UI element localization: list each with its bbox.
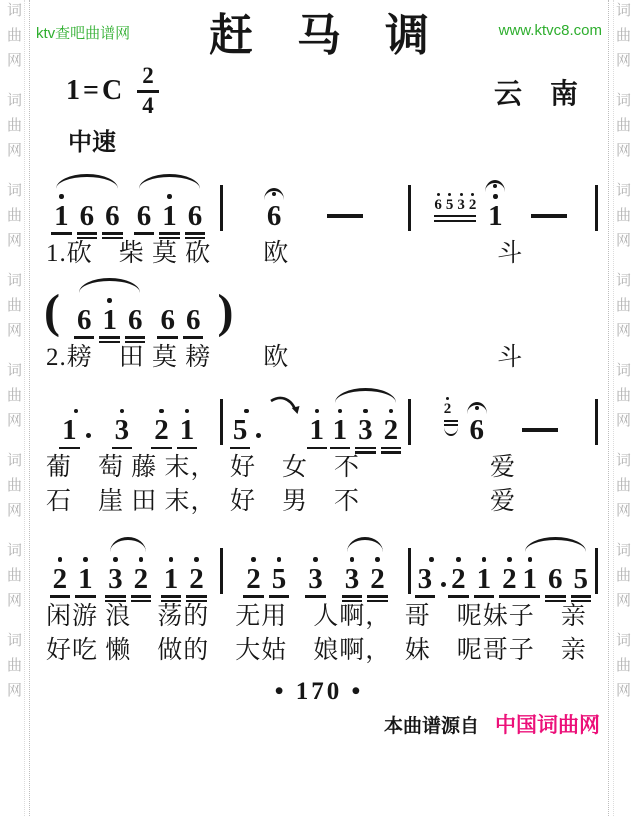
note-digit: 5: [271, 565, 288, 594]
note-digit: 6: [266, 202, 283, 231]
grace-notes: 2: [444, 397, 458, 436]
watermark-char: 网: [616, 593, 631, 608]
watermark-char: 曲: [616, 658, 631, 673]
watermark-group: 词曲网: [616, 3, 631, 68]
watermark-char: 网: [616, 53, 631, 68]
watermark-char: 网: [7, 593, 22, 608]
watermark-group: 词曲网: [7, 453, 22, 518]
note-digit: 3: [107, 565, 124, 594]
grace-row: 2: [444, 397, 458, 417]
beam-line: [434, 220, 476, 222]
note-1: 1: [163, 536, 180, 594]
grace-digit: 2: [444, 402, 452, 417]
note-digit: 3: [307, 565, 324, 594]
note-digit: 2: [52, 565, 69, 594]
note-digit: 2: [383, 416, 400, 445]
grace-note-5: 5: [446, 193, 454, 213]
watermark-char: 曲: [616, 118, 631, 133]
grace-digit: 3: [457, 198, 465, 213]
octave-dot: [528, 557, 533, 562]
note-1: 1: [332, 387, 349, 445]
note-digit: 1: [487, 202, 504, 231]
note-body: 2: [383, 416, 400, 445]
watermark-char: 网: [616, 233, 631, 248]
note-1: 1: [522, 536, 539, 594]
note-digit: 6: [79, 202, 96, 231]
note-digit: 2: [450, 565, 467, 594]
meter-numerator: 2: [137, 64, 159, 92]
note-2: 2: [52, 536, 69, 594]
note-body: 6: [266, 202, 283, 231]
watermark-char: 词: [7, 363, 22, 378]
watermark-char: 曲: [7, 568, 22, 583]
note-body: 6: [159, 306, 176, 335]
barline: [595, 399, 598, 445]
watermark-char: 词: [616, 453, 631, 468]
note-digit: 1: [77, 565, 94, 594]
note-body: 2: [188, 565, 205, 594]
grace-row: 6532: [434, 193, 476, 213]
note-digit: 5: [573, 565, 590, 594]
grace-digit: 2: [469, 198, 477, 213]
watermark-char: 词: [7, 453, 22, 468]
watermark-char: 词: [616, 633, 631, 648]
note-digit: 1: [53, 202, 70, 231]
lyric-verse1-line3: 闲游 浪 荡的 无用 人啊， 哥 呢妹子 亲: [36, 601, 602, 632]
note-body: 3: [357, 416, 374, 445]
octave-dot: [375, 557, 380, 562]
note-body: 3: [417, 565, 447, 594]
octave-dot: [120, 409, 125, 414]
note-2: 2: [153, 387, 170, 445]
page-content: ktv查吧曲谱网 赶 马 调 www.ktvc8.com 1=C 2 4 云 南…: [30, 0, 608, 816]
note-digit: 1: [179, 416, 196, 445]
beam-line: [434, 215, 476, 217]
barline: [595, 185, 598, 231]
glissando-arrow-icon: [268, 394, 302, 425]
note-digit: 6: [469, 416, 486, 445]
note-6: 6: [127, 277, 144, 335]
site-link-right[interactable]: www.ktvc8.com: [452, 22, 602, 39]
note-digit: 1: [61, 416, 78, 445]
note-digit: 2: [369, 565, 386, 594]
note-digit: 6: [127, 306, 144, 335]
lyric-verse1-line2: 葡 萄 藤 末， 好 女 不 爱: [36, 452, 602, 483]
watermark-char: 网: [7, 413, 22, 428]
note-body: 6: [127, 306, 144, 335]
duration-dash: [531, 214, 567, 218]
octave-dot: [350, 557, 355, 562]
note-body: 1: [77, 565, 94, 594]
note-body: 1: [61, 416, 91, 445]
octave-dot: [139, 557, 144, 562]
note-6: 6: [187, 173, 204, 231]
music-line-1: 166616665321: [36, 173, 602, 231]
note-1: 1: [61, 387, 91, 445]
watermark-char: 曲: [7, 208, 22, 223]
note-2: 2: [450, 536, 467, 594]
note-group: 616: [136, 173, 204, 231]
note-6: 6: [79, 173, 96, 231]
note-6: 6: [136, 173, 153, 231]
octave-dot: [448, 193, 451, 196]
note-body: 6: [136, 202, 153, 231]
grace-digit: 5: [446, 198, 454, 213]
watermark-char: 词: [7, 183, 22, 198]
watermark-group: 词曲网: [7, 363, 22, 428]
watermark-char: 曲: [7, 478, 22, 493]
note-6: 6: [159, 277, 176, 335]
octave-dot: [471, 193, 474, 196]
note-digit: 5: [232, 416, 249, 445]
note-group: 212: [450, 536, 518, 594]
watermark-char: 词: [616, 363, 631, 378]
watermark-char: 网: [616, 413, 631, 428]
octave-dot: [83, 557, 88, 562]
tonic-label: 1=C: [66, 75, 125, 107]
note-3: 3: [344, 536, 361, 594]
site-link-left[interactable]: ktv查吧曲谱网: [36, 22, 186, 43]
note-body: 2: [153, 416, 170, 445]
watermark-group: 词曲网: [7, 543, 22, 608]
note-digit: 2: [133, 565, 150, 594]
note-body: 1: [522, 565, 539, 594]
note-3: 3: [107, 536, 124, 594]
note-digit: 3: [114, 416, 131, 445]
note-group: 25: [245, 536, 287, 594]
watermark-border-left: 词曲网词曲网词曲网词曲网词曲网词曲网词曲网词曲网: [0, 0, 30, 816]
note-digit: 1: [161, 202, 178, 231]
barline: [220, 548, 223, 594]
beam-line: [444, 420, 458, 422]
note-body: 2: [52, 565, 69, 594]
note-body: 1: [476, 565, 493, 594]
note-body: 1: [163, 565, 180, 594]
note-digit: 1: [163, 565, 180, 594]
note-2: 2: [245, 536, 262, 594]
note-digit: 6: [159, 306, 176, 335]
measure: 166616: [38, 173, 218, 231]
note-2: 2: [369, 536, 386, 594]
note-group: 12: [163, 536, 205, 594]
watermark-group: 词曲网: [7, 183, 22, 248]
note-1: 1: [485, 173, 505, 231]
music-line-2: 13215113226: [36, 387, 602, 445]
note-group: 66: [159, 277, 201, 335]
note-body: 6: [187, 202, 204, 231]
watermark-group: 词曲网: [7, 273, 22, 338]
watermark-group: 词曲网: [616, 273, 631, 338]
watermark-char: 曲: [616, 388, 631, 403]
octave-dot: [429, 557, 434, 562]
note-body: 2: [133, 565, 150, 594]
note-body: 6: [469, 416, 486, 445]
watermark-char: 词: [7, 633, 22, 648]
watermark-char: 词: [616, 543, 631, 558]
octave-dot: [456, 557, 461, 562]
measure: 6: [225, 173, 405, 231]
octave-dot: [244, 409, 249, 414]
octave-dot: [74, 409, 79, 414]
watermark-group: 词曲网: [616, 93, 631, 158]
note-digit: 3: [417, 565, 434, 594]
music-line-parenthetical: (61666): [36, 277, 602, 335]
key-region-row: 1=C 2 4 云 南: [36, 60, 602, 117]
octave-dot: [113, 557, 118, 562]
octave-dot: [313, 557, 318, 562]
augmentation-dot: [441, 582, 446, 587]
grace-note-3: 3: [457, 193, 465, 213]
watermark-char: 网: [7, 323, 22, 338]
note-group: 21: [52, 536, 94, 594]
watermark-char: 网: [7, 683, 22, 698]
note-group: 65321: [434, 173, 505, 231]
note-digit: 2: [501, 565, 518, 594]
lyric-verse2-line2: 石 崖 田 末， 好 男 不 爱: [36, 486, 602, 517]
watermark-char: 词: [616, 93, 631, 108]
note-body: 6: [104, 202, 121, 231]
watermark-border-right: 词曲网词曲网词曲网词曲网词曲网词曲网词曲网词曲网: [608, 0, 638, 816]
octave-dot: [493, 194, 498, 199]
note-body: 1: [309, 416, 326, 445]
note-digit: 3: [357, 416, 374, 445]
note-1: 1: [161, 173, 178, 231]
octave-dot: [437, 193, 440, 196]
note-body: 6: [185, 306, 202, 335]
measure: 25332: [225, 536, 405, 594]
meter-fraction: 2 4: [137, 64, 159, 117]
header-row: ktv查吧曲谱网 赶 马 调 www.ktvc8.com: [36, 12, 602, 60]
tie-arc: [444, 427, 458, 436]
note-digit: 1: [332, 416, 349, 445]
lyric-verse2-line3: 好吃 懒 做的 大姑 娘啊， 妹 呢哥子 亲: [36, 635, 602, 666]
grace-note-2: 2: [444, 397, 452, 417]
octave-dot: [363, 409, 368, 414]
watermark-char: 网: [616, 683, 631, 698]
watermark-char: 网: [616, 503, 631, 518]
meter-denominator: 4: [142, 93, 154, 118]
note-body: 2: [450, 565, 467, 594]
source-row: 本曲谱源自 中国词曲网: [36, 709, 602, 739]
note-group: 166: [53, 173, 121, 231]
note-digit: 1: [309, 416, 326, 445]
source-site-link[interactable]: 中国词曲网: [495, 709, 600, 739]
note-1: 1: [476, 536, 493, 594]
watermark-char: 曲: [616, 568, 631, 583]
watermark-group: 词曲网: [616, 633, 631, 698]
note-body: 5: [573, 565, 590, 594]
note-6: 6: [185, 277, 202, 335]
grace-note-6: 6: [434, 193, 442, 213]
watermark-char: 网: [616, 143, 631, 158]
barline: [408, 548, 411, 594]
watermark-group: 词曲网: [7, 3, 22, 68]
watermark-char: 曲: [616, 478, 631, 493]
watermark-char: 曲: [616, 28, 631, 43]
watermark-char: 曲: [7, 658, 22, 673]
note-group: 616: [76, 277, 144, 335]
page-title: 赶 马 调: [186, 12, 452, 60]
barline: [408, 185, 411, 231]
note-digit: 6: [547, 565, 564, 594]
octave-dot: [251, 557, 256, 562]
octave-dot: [315, 409, 320, 414]
watermark-char: 曲: [7, 388, 22, 403]
octave-dot: [159, 409, 164, 414]
note-digit: 1: [101, 306, 118, 335]
watermark-char: 网: [616, 323, 631, 338]
lyric-verse2-line1: 2.耪 田 莫 耪 欧 斗: [36, 342, 602, 373]
note-1: 1: [53, 173, 70, 231]
note-body: 5: [271, 565, 288, 594]
measure: 26: [413, 387, 593, 445]
note-body: 5: [232, 416, 262, 445]
octave-dot: [167, 194, 172, 199]
note-digit: 6: [187, 202, 204, 231]
barline: [595, 548, 598, 594]
note-group: 21: [153, 387, 195, 445]
watermark-char: 网: [7, 143, 22, 158]
note-5: 5: [573, 536, 590, 594]
note-group: 132: [332, 387, 400, 445]
watermark-char: 词: [616, 183, 631, 198]
watermark-char: 网: [7, 233, 22, 248]
barline: [220, 399, 223, 445]
note-3: 3: [417, 536, 447, 594]
page-number: • 170 •: [36, 678, 602, 706]
watermark-group: 词曲网: [616, 543, 631, 608]
note-3: 3: [114, 387, 131, 445]
tempo-label: 中速: [36, 122, 602, 157]
beam-line: [444, 424, 458, 426]
octave-dot: [389, 409, 394, 414]
note-group: 26: [444, 387, 487, 445]
grace-notes: 6532: [434, 193, 476, 222]
watermark-char: 词: [7, 93, 22, 108]
octave-dot: [277, 557, 282, 562]
octave-dot: [338, 409, 343, 414]
source-prefix-label: 本曲谱源自: [384, 711, 479, 738]
octave-dot: [460, 193, 463, 196]
note-body: 6: [79, 202, 96, 231]
octave-dot: [482, 557, 487, 562]
note-body: 1: [53, 202, 70, 231]
note-body: 3: [114, 416, 131, 445]
measure: 213212: [38, 536, 218, 594]
note-group: 32: [107, 536, 149, 594]
fermata-icon: [264, 188, 284, 200]
note-5: 5: [271, 536, 288, 594]
note-2: 2: [383, 387, 400, 445]
note-2: 2: [133, 536, 150, 594]
note-1: 1: [101, 277, 118, 335]
note-body: 2: [501, 565, 518, 594]
note-group: 32: [344, 536, 386, 594]
note-body: 1: [487, 202, 504, 231]
note-1: 1: [179, 387, 196, 445]
octave-dot: [185, 409, 190, 414]
octave-dot: [507, 557, 512, 562]
sheet-music-page: 词曲网词曲网词曲网词曲网词曲网词曲网词曲网词曲网 词曲网词曲网词曲网词曲网词曲网…: [0, 0, 638, 816]
octave-dot: [107, 298, 112, 303]
key-signature: 1=C 2 4: [66, 64, 159, 117]
octave-dot: [194, 557, 199, 562]
watermark-char: 曲: [616, 298, 631, 313]
measure: (61666): [44, 277, 233, 335]
measure: 65321: [413, 173, 593, 231]
octave-dot: [58, 557, 63, 562]
note-body: 3: [307, 565, 324, 594]
note-digit: 6: [185, 306, 202, 335]
augmentation-dot: [256, 433, 261, 438]
note-body: 3: [107, 565, 124, 594]
grace-note-2: 2: [469, 193, 477, 213]
measure: 1321: [38, 387, 218, 445]
watermark-char: 词: [616, 3, 631, 18]
fermata-icon: [485, 180, 505, 192]
note-digit: 2: [153, 416, 170, 445]
barline: [220, 185, 223, 231]
watermark-char: 词: [616, 273, 631, 288]
note-digit: 6: [136, 202, 153, 231]
watermark-char: 曲: [616, 208, 631, 223]
note-6: 6: [264, 173, 284, 231]
note-2: 2: [501, 536, 518, 594]
grace-digit: 6: [434, 198, 442, 213]
lyric-verse1-line1: 1.砍 柴 莫 砍 欧 斗: [36, 238, 602, 269]
music-line-3: 213212253323212165: [36, 536, 602, 594]
watermark-group: 词曲网: [616, 363, 631, 428]
watermark-group: 词曲网: [7, 633, 22, 698]
barline: [408, 399, 411, 445]
note-digit: 6: [104, 202, 121, 231]
note-body: 6: [76, 306, 93, 335]
note-digit: 2: [245, 565, 262, 594]
watermark-char: 曲: [7, 28, 22, 43]
note-6: 6: [467, 387, 487, 445]
watermark-char: 网: [7, 503, 22, 518]
note-digit: 3: [344, 565, 361, 594]
note-6: 6: [547, 536, 564, 594]
note-body: 1: [101, 306, 118, 335]
region-label: 云 南: [494, 72, 578, 112]
note-group: 165: [522, 536, 590, 594]
duration-dash: [522, 428, 558, 432]
note-digit: 1: [476, 565, 493, 594]
note-digit: 2: [188, 565, 205, 594]
watermark-char: 网: [7, 53, 22, 68]
watermark-group: 词曲网: [7, 93, 22, 158]
note-2: 2: [188, 536, 205, 594]
note-1: 1: [77, 536, 94, 594]
fermata-icon: [467, 402, 487, 414]
measure: 3212165: [413, 536, 593, 594]
watermark-char: 词: [7, 273, 22, 288]
parenthesis: ): [217, 290, 233, 333]
note-3: 3: [307, 536, 324, 594]
note-body: 2: [369, 565, 386, 594]
note-3: 3: [357, 387, 374, 445]
note-digit: 6: [76, 306, 93, 335]
augmentation-dot: [86, 433, 91, 438]
note-body: 2: [245, 565, 262, 594]
note-digit: 1: [522, 565, 539, 594]
watermark-char: 词: [7, 543, 22, 558]
measure: 51132: [225, 387, 405, 445]
note-body: 1: [179, 416, 196, 445]
note-6: 6: [104, 173, 121, 231]
note-body: 3: [344, 565, 361, 594]
